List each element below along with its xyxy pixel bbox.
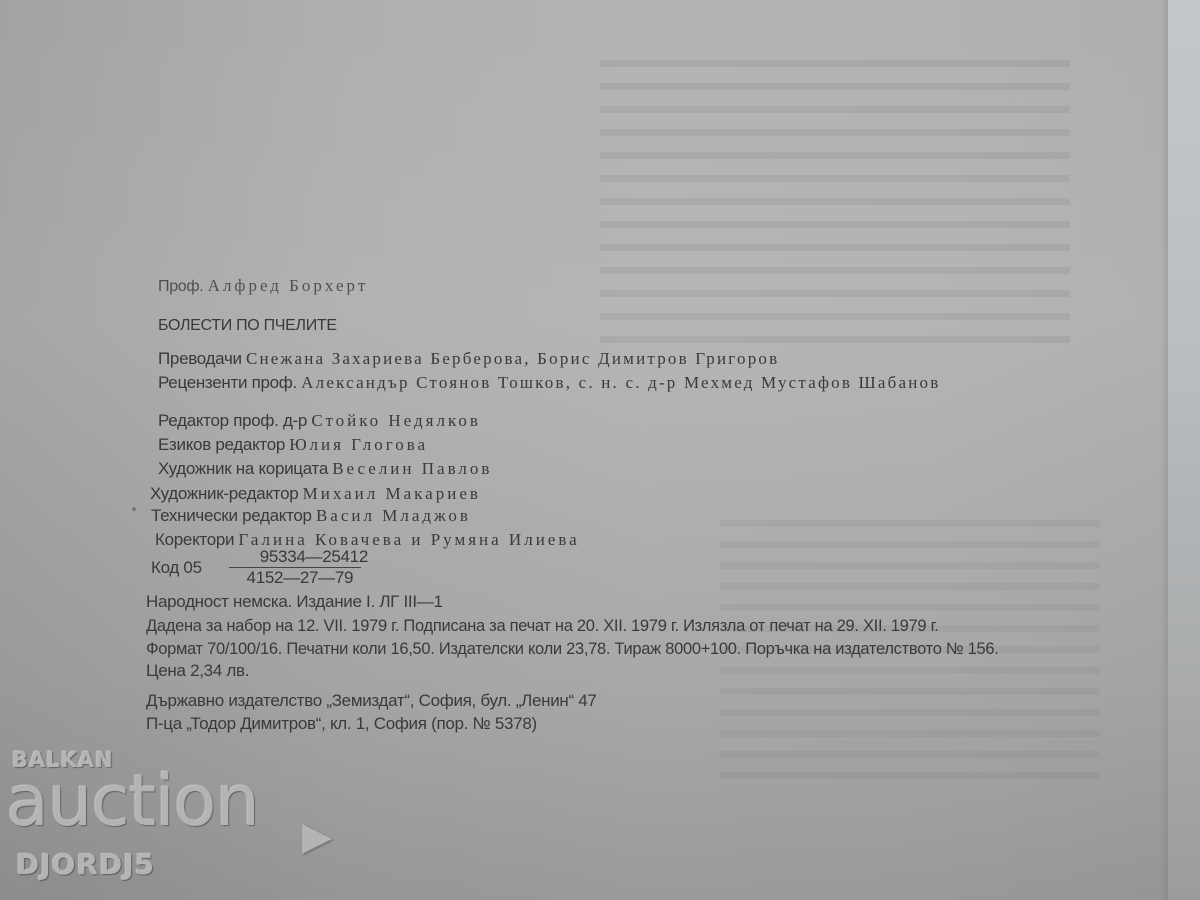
dates-line: Дадена за набор на 12. VII. 1979 г. Подп…: [146, 616, 939, 636]
watermark-middle: auction: [6, 760, 259, 842]
watermark-bottom: DJORDJ5: [16, 848, 155, 881]
cover-artist-name: Веселин Павлов: [332, 459, 492, 478]
code-fraction: 95334—25412 4152—27—79: [216, 548, 374, 588]
art-editor-line: Художник-редактор Михаил Макариев: [150, 484, 481, 504]
technical-editor-line: Технически редактор Васил Младжов: [151, 506, 471, 526]
language-editor-line: Езиков редактор Юлия Глогова: [158, 435, 428, 455]
format-line: Формат 70/100/16. Печатни коли 16,50. Из…: [146, 639, 999, 659]
price-line: Цена 2,34 лв.: [146, 661, 249, 681]
watermark-logo: BALKAN auction DJORDJ5: [6, 748, 336, 888]
editor-name: Стойко Недялков: [311, 411, 481, 430]
printer-line: П-ца „Тодор Димитров“, кл. 1, София (пор…: [146, 714, 537, 734]
translators-line: Преводачи Снежана Захариева Берберова, Б…: [158, 349, 779, 369]
book-code: Код 05 95334—25412 4152—27—79: [151, 548, 374, 588]
background-surface: [1168, 0, 1200, 900]
ink-dot: [132, 507, 136, 511]
language-editor-name: Юлия Глогова: [289, 435, 428, 454]
cover-artist-line: Художник на корицата Веселин Павлов: [158, 459, 492, 479]
translators-names: Снежана Захариева Берберова, Борис Димит…: [246, 349, 779, 368]
author-line: Проф. Алфред Борхерт: [158, 276, 368, 297]
book-page: Проф. Алфред Борхерт БОЛЕСТИ ПО ПЧЕЛИТЕ …: [0, 0, 1168, 900]
publisher-line: Държавно издателство „Земиздат“, София, …: [146, 691, 597, 711]
reviewers-line: Рецензенти проф. Александър Стоянов Тошк…: [158, 373, 940, 393]
bleed-through-text: [600, 60, 1070, 350]
nationality-line: Народност немска. Издание I. ЛГ III—1: [146, 592, 443, 612]
author-name: Алфред Борхерт: [208, 276, 369, 295]
technical-editor-name: Васил Младжов: [316, 506, 471, 525]
play-arrow-icon: [302, 824, 332, 854]
reviewers-names: Александър Стоянов Тошков, с. н. с. д-р …: [301, 373, 940, 392]
art-editor-name: Михаил Макариев: [303, 484, 481, 503]
editor-line: Редактор проф. д-р Стойко Недялков: [158, 411, 481, 431]
book-title: БОЛЕСТИ ПО ПЧЕЛИТЕ: [158, 316, 337, 336]
